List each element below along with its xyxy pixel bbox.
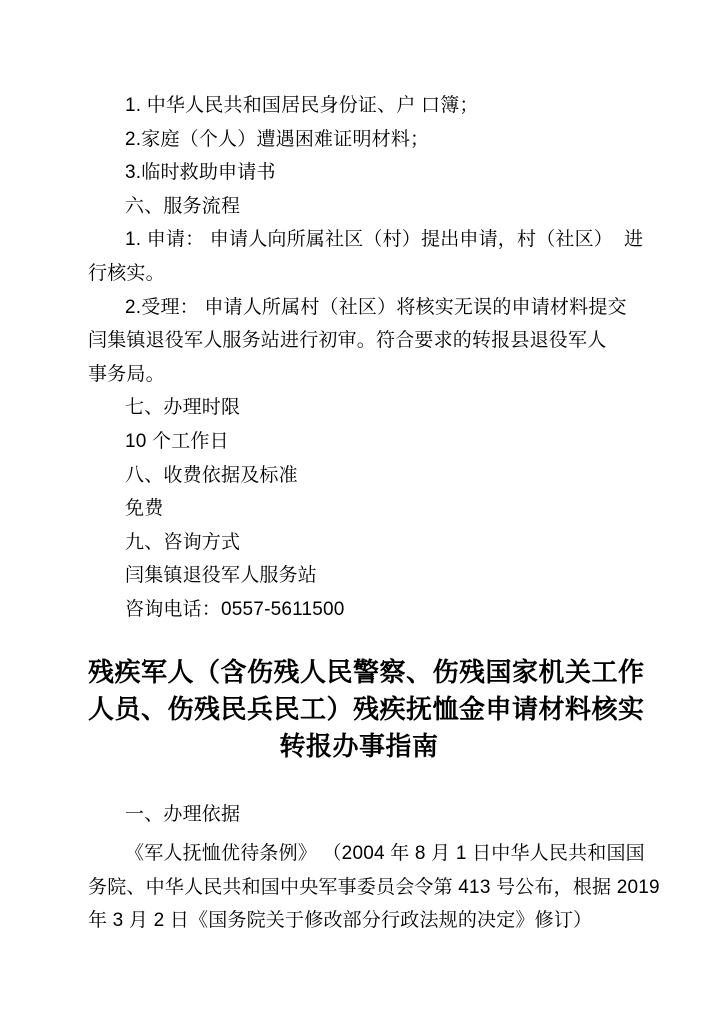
document-page: 1. 中华人民共和国居民身份证、户 口簿； 2.家庭（个人）遭遇困难证明材料； … [0,0,715,1011]
line-material-application: 3.临时救助申请书 [88,156,630,190]
line-regulation-3: 年 3 月 2 日《国务院关于修改部分行政法规的决定》修订） [88,904,630,938]
line-apply-step-1: 1. 申请： 申请人向所属社区（村）提出申请，村（社区） 进 [88,223,630,257]
line-service-station: 闫集镇退役军人服务站 [88,559,630,593]
guide-title: 残疾军人（含伤残人民警察、伤残国家机关工作 人员、伤残民兵民工）残疾抚恤金申请材… [88,654,630,765]
line-section-8-fee-basis: 八、收费依据及标准 [88,459,630,493]
line-section-7-time-limit: 七、办理时限 [88,391,630,425]
line-accept-step-2-cont-1: 闫集镇退役军人服务站进行初审。符合要求的转报县退役军人 [88,324,630,358]
line-regulation-2: 务院、中华人民共和国中央军事委员会令第 413 号公布，根据 2019 [88,871,630,905]
line-fee-free: 免费 [88,492,630,526]
line-accept-step-2: 2.受理： 申请人所属村（社区）将核实无误的申请材料提交 [88,291,630,325]
line-section-6-service-flow: 六、服务流程 [88,190,630,224]
line-contact-phone: 咨询电话：0557-5611500 [88,593,630,627]
guide-title-line-2: 人员、伤残民兵民工）残疾抚恤金申请材料核实 [88,691,630,728]
line-apply-step-1-cont: 行核实。 [88,257,630,291]
line-material-family-proof: 2.家庭（个人）遭遇困难证明材料； [88,123,630,157]
line-regulation-1: 《军人抚恤优待条例》 （2004 年 8 月 1 日中华人民共和国国 [88,837,630,871]
line-material-id-card: 1. 中华人民共和国居民身份证、户 口簿； [88,89,630,123]
line-working-days: 10 个工作日 [88,425,630,459]
line-section-1-basis: 一、办理依据 [88,798,630,832]
guide-title-line-3: 转报办事指南 [88,728,630,765]
line-section-9-contact: 九、咨询方式 [88,526,630,560]
line-accept-step-2-cont-2: 事务局。 [88,358,630,392]
guide-title-line-1: 残疾军人（含伤残人民警察、伤残国家机关工作 [88,654,630,691]
